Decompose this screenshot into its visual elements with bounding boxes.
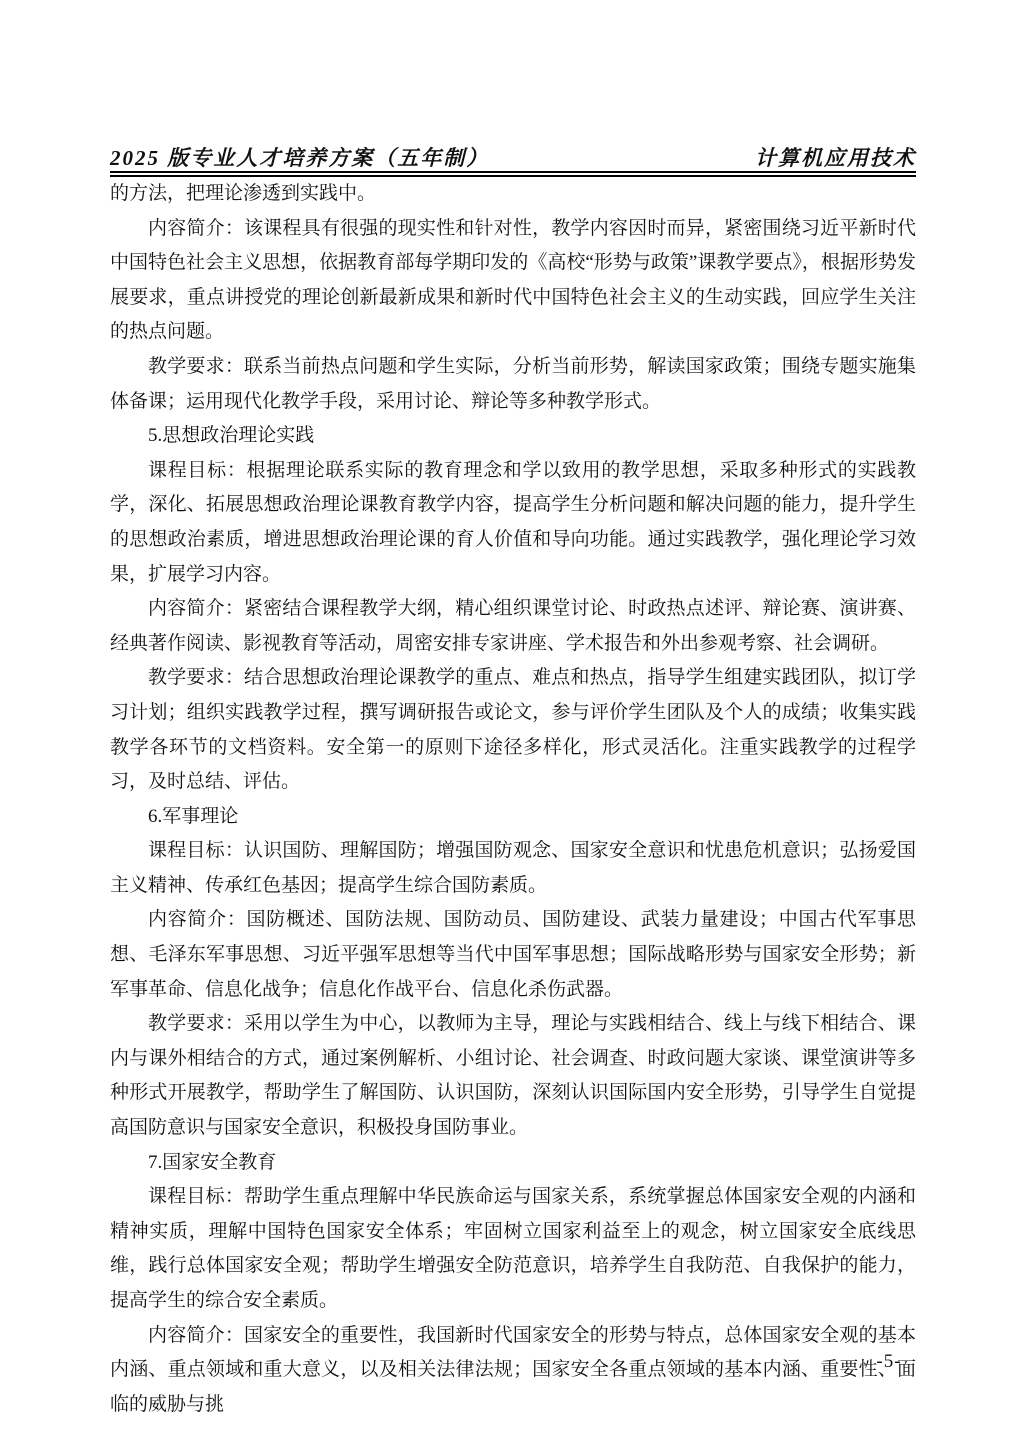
- section-heading-6: 6.军事理论: [110, 800, 916, 835]
- paragraph-course-goals: 课程目标：帮助学生重点理解中华民族命运与国家关系，系统掌握总体国家安全观的内涵和…: [110, 1180, 916, 1318]
- section-heading-5: 5.思想政治理论实践: [110, 419, 916, 454]
- paragraph-course-goals: 课程目标：认识国防、理解国防；增强国防观念、国家安全意识和忧患危机意识；弘扬爱国…: [110, 834, 916, 903]
- section-heading-7: 7.国家安全教育: [110, 1146, 916, 1181]
- header-right-title: 计算机应用技术: [755, 142, 916, 172]
- document-body: 的方法，把理论渗透到实践中。 内容简介：该课程具有很强的现实性和针对性，教学内容…: [110, 177, 916, 1422]
- paragraph-content-intro: 内容简介：国家安全的重要性，我国新时代国家安全的形势与特点，总体国家安全观的基本…: [110, 1319, 916, 1423]
- paragraph-course-goals: 课程目标：根据理论联系实际的教育理念和学以致用的教学思想，采取多种形式的实践教学…: [110, 454, 916, 592]
- paragraph-content-intro: 内容简介：紧密结合课程教学大纲，精心组织课堂讨论、时政热点述评、辩论赛、演讲赛、…: [110, 592, 916, 661]
- header-left-title: 2025 版专业人才培养方案（五年制）: [110, 142, 489, 172]
- paragraph-teaching-requirements: 教学要求：联系当前热点问题和学生实际，分析当前形势，解读国家政策；围绕专题实施集…: [110, 350, 916, 419]
- paragraph-continuation: 的方法，把理论渗透到实践中。: [110, 177, 916, 212]
- paragraph-teaching-requirements: 教学要求：采用以学生为中心，以教师为主导，理论与实践相结合、线上与线下相结合、课…: [110, 1007, 916, 1145]
- paragraph-content-intro: 内容简介：国防概述、国防法规、国防动员、国防建设、武装力量建设；中国古代军事思想…: [110, 903, 916, 1007]
- running-header: 2025 版专业人才培养方案（五年制） 计算机应用技术: [110, 142, 916, 172]
- page-number: -5-: [857, 1351, 921, 1373]
- paragraph-content-intro: 内容简介：该课程具有很强的现实性和针对性，教学内容因时而异，紧密围绕习近平新时代…: [110, 212, 916, 350]
- paragraph-teaching-requirements: 教学要求：结合思想政治理论课教学的重点、难点和热点，指导学生组建实践团队，拟订学…: [110, 661, 916, 799]
- document-page: 2025 版专业人才培养方案（五年制） 计算机应用技术 的方法，把理论渗透到实践…: [0, 0, 1024, 1448]
